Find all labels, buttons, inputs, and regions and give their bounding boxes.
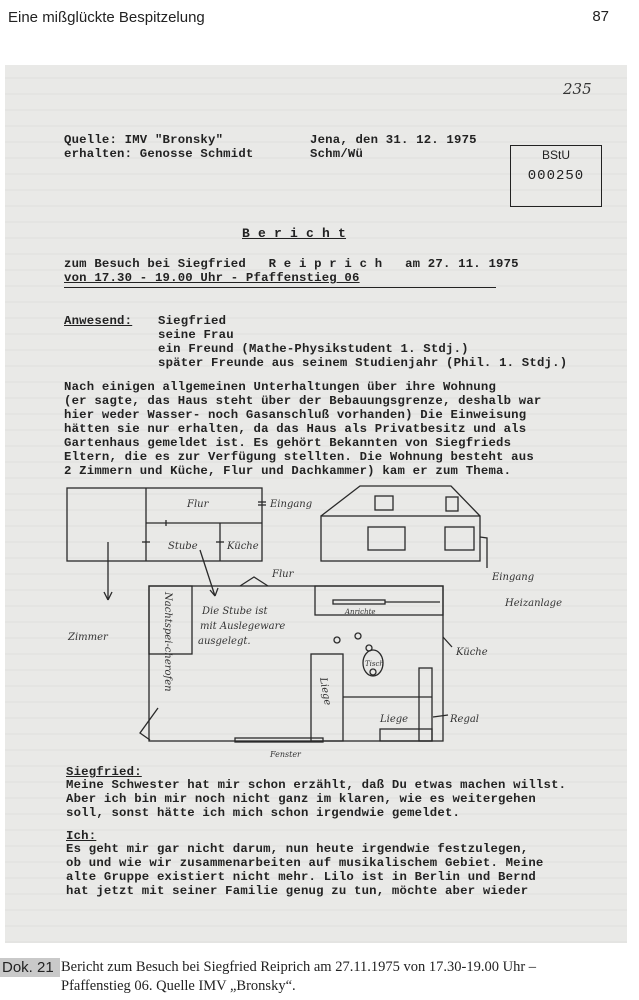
label-stube-note: Die Stube ist [201, 606, 268, 617]
speaker-siegfried: Siegfried: [66, 765, 142, 779]
label-stube-note: ausgelegt. [198, 636, 251, 647]
speech-line: Es geht mir gar nicht darum, nun heute i… [66, 842, 528, 856]
label-liege: Liege [379, 714, 408, 725]
label-nachtspeicherofen: Nachtspei-cherofen [162, 591, 173, 692]
label-heizanlage: Heizanlage [504, 598, 562, 609]
document-tag: Dok. 21 [0, 958, 60, 977]
speech-line: soll, sonst hätte ich mich schon irgendw… [66, 806, 460, 820]
speech-line: ob und wie wir zusammenarbeiten auf musi… [66, 856, 544, 870]
figure-caption: Bericht zum Besuch bei Siegfried Reipric… [61, 958, 581, 996]
label-regal: Regal [449, 714, 479, 725]
label-kueche-room: Küche [455, 647, 488, 658]
speech-line: alte Gruppe existiert nicht mehr. Lilo i… [66, 870, 536, 884]
label-eingang-house: Eingang [491, 572, 534, 583]
label-anrichte: Anrichte [344, 608, 376, 616]
label-stube: Stube [168, 541, 198, 552]
speech-line: hat jetzt mit seiner Familie genug zu tu… [66, 884, 528, 898]
label-eingang: Eingang [269, 499, 312, 510]
speech-line: Aber ich bin mir noch nicht ganz im klar… [66, 792, 536, 806]
speech-line: Meine Schwester hat mir schon erzählt, d… [66, 778, 566, 792]
label-liege: Liege [317, 676, 333, 707]
label-fenster: Fenster [269, 750, 302, 759]
label-tisch: Tisch [365, 660, 384, 668]
label-flur: Flur [186, 499, 210, 510]
label-flur-room: Flur [271, 569, 295, 580]
label-stube-note: mit Auslegeware [200, 621, 285, 632]
house-elevation [321, 486, 487, 568]
label-zimmer: Zimmer [67, 632, 109, 643]
speaker-ich: Ich: [66, 829, 96, 843]
label-kueche: Küche [226, 541, 259, 552]
